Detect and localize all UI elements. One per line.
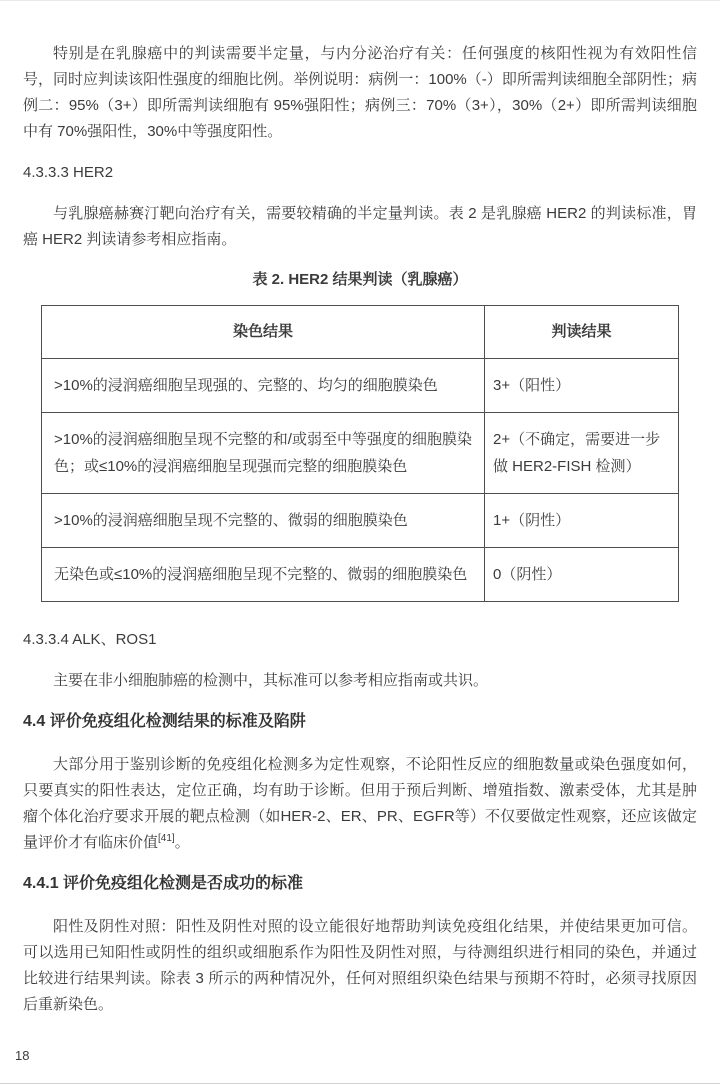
paragraph-evaluation-criteria: 大部分用于鉴别诊断的免疫组化检测多为定性观察，不论阳性反应的细胞数量或染色强度如… <box>23 752 697 856</box>
cell-result-1plus: 1+（阴性） <box>485 494 679 548</box>
table-row: >10%的浸润癌细胞呈现不完整的、微弱的细胞膜染色 1+（阴性） <box>42 494 679 548</box>
table-2-caption: 表 2. HER2 结果判读（乳腺癌） <box>23 269 697 291</box>
heading-4-3-3-4-alk-ros1: 4.3.3.4 ALK、ROS1 <box>23 628 697 652</box>
paragraph-controls: 阳性及阴性对照：阳性及阴性对照的设立能很好地帮助判读免疫组化结果，并使结果更加可… <box>23 914 697 1018</box>
cell-staining-2plus: >10%的浸润癌细胞呈现不完整的和/或弱至中等强度的细胞膜染色；或≤10%的浸润… <box>42 413 485 494</box>
table-row: >10%的浸润癌细胞呈现强的、完整的、均匀的细胞膜染色 3+（阳性） <box>42 359 679 413</box>
her2-result-table: 染色结果 判读结果 >10%的浸润癌细胞呈现强的、完整的、均匀的细胞膜染色 3+… <box>41 305 679 602</box>
paragraph-alk-ros1: 主要在非小细胞肺癌的检测中，其标准可以参考相应指南或共识。 <box>23 668 697 694</box>
table-row: 无染色或≤10%的浸润癌细胞呈现不完整的、微弱的细胞膜染色 0（阴性） <box>42 548 679 602</box>
paragraph-evaluation-text: 大部分用于鉴别诊断的免疫组化检测多为定性观察，不论阳性反应的细胞数量或染色强度如… <box>23 756 697 851</box>
cell-result-0: 0（阴性） <box>485 548 679 602</box>
cell-result-3plus: 3+（阳性） <box>485 359 679 413</box>
page-number: 18 <box>15 1048 29 1063</box>
cell-staining-3plus: >10%的浸润癌细胞呈现强的、完整的、均匀的细胞膜染色 <box>42 359 485 413</box>
document-content: 特别是在乳腺癌中的判读需要半定量，与内分泌治疗有关：任何强度的核阳性视为有效阳性… <box>0 1 720 1018</box>
cell-staining-0: 无染色或≤10%的浸润癌细胞呈现不完整的、微弱的细胞膜染色 <box>42 548 485 602</box>
heading-4-4-1-success-criteria: 4.4.1 评价免疫组化检测是否成功的标准 <box>23 872 697 896</box>
cell-staining-1plus: >10%的浸润癌细胞呈现不完整的、微弱的细胞膜染色 <box>42 494 485 548</box>
paragraph-semiquantitative: 特别是在乳腺癌中的判读需要半定量，与内分泌治疗有关：任何强度的核阳性视为有效阳性… <box>23 41 697 145</box>
column-header-staining-result: 染色结果 <box>42 306 485 359</box>
reference-citation-41: [41] <box>158 833 175 844</box>
heading-4-4-criteria-pitfalls: 4.4 评价免疫组化检测结果的标准及陷阱 <box>23 710 697 734</box>
paragraph-evaluation-period: 。 <box>175 834 190 851</box>
table-header-row: 染色结果 判读结果 <box>42 306 679 359</box>
paragraph-her2-intro: 与乳腺癌赫赛汀靶向治疗有关，需要较精确的半定量判读。表 2 是乳腺癌 HER2 … <box>23 201 697 253</box>
heading-4-3-3-3-her2: 4.3.3.3 HER2 <box>23 161 697 185</box>
cell-result-2plus: 2+（不确定，需要进一步做 HER2-FISH 检测） <box>485 413 679 494</box>
table-row: >10%的浸润癌细胞呈现不完整的和/或弱至中等强度的细胞膜染色；或≤10%的浸润… <box>42 413 679 494</box>
document-page: 特别是在乳腺癌中的判读需要半定量，与内分泌治疗有关：任何强度的核阳性视为有效阳性… <box>0 0 720 1084</box>
column-header-interpretation-result: 判读结果 <box>485 306 679 359</box>
